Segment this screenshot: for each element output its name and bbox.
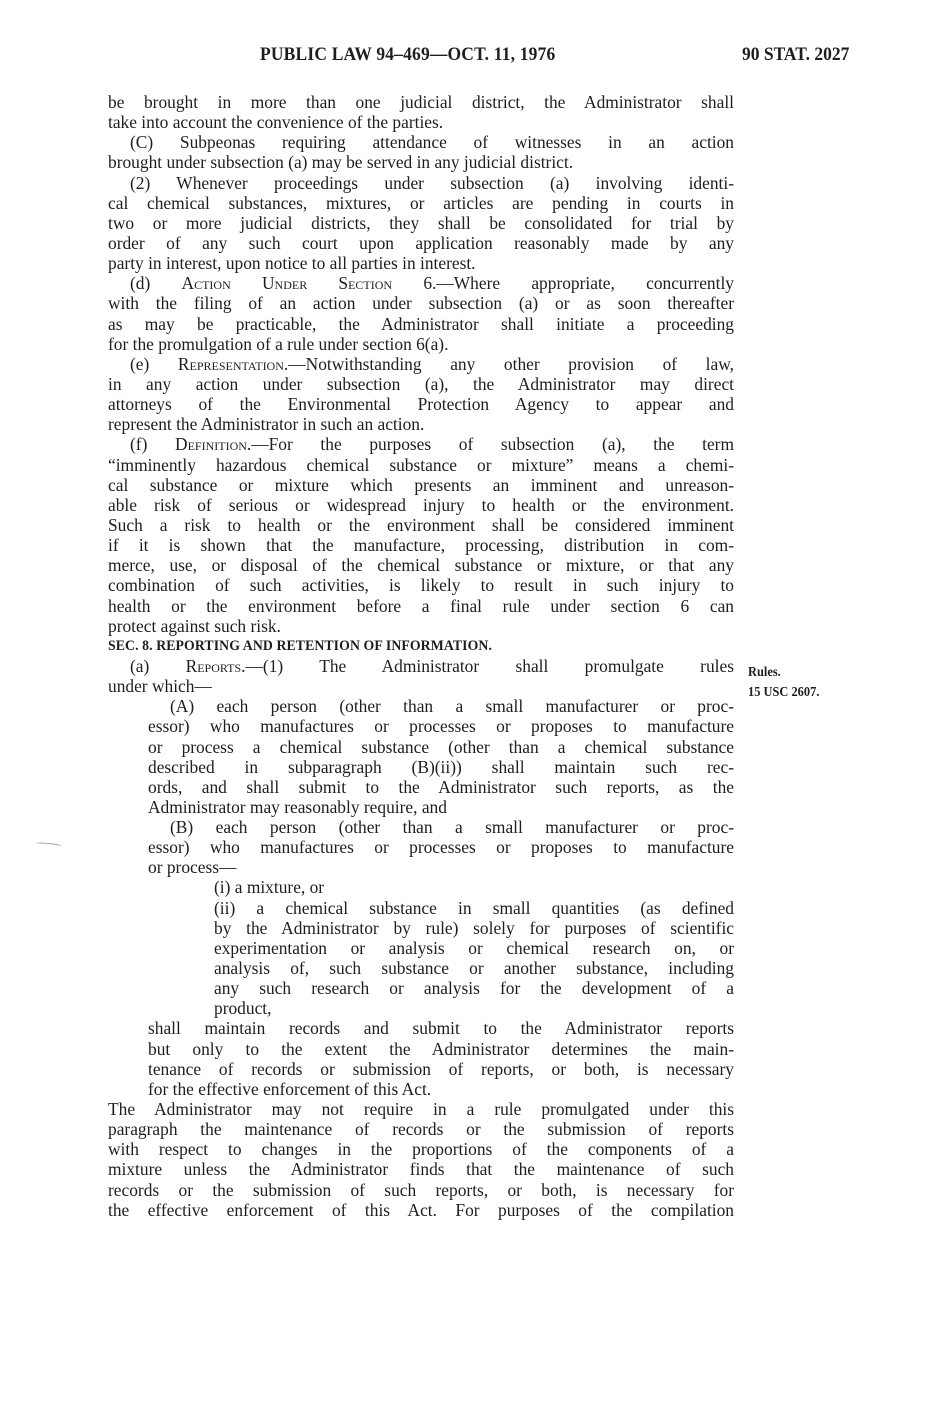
text-line: product, [108, 998, 734, 1018]
text-line: with respect to changes in the proportio… [108, 1139, 734, 1159]
document-page: PUBLIC LAW 94–469—OCT. 11, 1976 90 STAT.… [0, 0, 948, 1419]
subsection-caption: Representation. [178, 354, 288, 374]
text-line: tenance of records or submission of repo… [108, 1059, 734, 1079]
text-line: if it is shown that the manufacture, pro… [108, 535, 734, 555]
text-line: merce, use, or disposal of the chemical … [108, 555, 734, 575]
line-prefix: (f) [130, 434, 175, 454]
text-line: any such research or analysis for the de… [108, 978, 734, 998]
text-line: by the Administrator by rule) solely for… [108, 918, 734, 938]
text-line: the effective enforcement of this Act. F… [108, 1200, 734, 1220]
section-heading: SEC. 8. REPORTING AND RETENTION OF INFOR… [108, 636, 703, 656]
text-line: “imminently hazardous chemical substance… [108, 455, 734, 475]
running-title: PUBLIC LAW 94–469—OCT. 11, 1976 [260, 44, 555, 66]
text-line: as may be practicable, the Administrator… [108, 314, 734, 334]
text-line: or process— [108, 857, 734, 877]
line-rest: —Where appropriate, concurrently [436, 273, 734, 293]
text-line: under which— [108, 676, 734, 696]
text-line: cal substance or mixture which presents … [108, 475, 734, 495]
text-line: combination of such activities, is likel… [108, 575, 734, 595]
line-prefix: (a) [130, 656, 186, 676]
text-line: described in subparagraph (B)(ii)) shall… [108, 757, 734, 777]
text-line: with the filing of an action under subse… [108, 293, 734, 313]
text-line: cal chemical substances, mixtures, or ar… [108, 193, 734, 213]
text-line: attorneys of the Environmental Protectio… [108, 394, 734, 414]
text-line: protect against such risk. [108, 616, 734, 636]
text-line: mixture unless the Administrator finds t… [108, 1159, 734, 1179]
text-line: analysis of, such substance or another s… [108, 958, 734, 978]
text-line: for the effective enforcement of this Ac… [108, 1079, 734, 1099]
margin-note-rules: Rules. [748, 662, 781, 682]
text-line: (A) each person (other than a small manu… [108, 696, 734, 716]
text-line: for the promulgation of a rule under sec… [108, 334, 734, 354]
margin-note-usc-citation: 15 USC 2607. [748, 682, 819, 702]
text-line: (a) Reports.—(1) The Administrator shall… [108, 656, 734, 676]
line-rest: —For the purposes of subsection (a), the… [251, 434, 734, 454]
text-line: records or the submission of such report… [108, 1180, 734, 1200]
text-line: be brought in more than one judicial dis… [108, 92, 734, 112]
text-line: (f) Definition.—For the purposes of subs… [108, 434, 734, 454]
line-prefix: (d) [130, 273, 182, 293]
text-line: but only to the extent the Administrator… [108, 1039, 734, 1059]
text-line: or process a chemical substance (other t… [108, 737, 734, 757]
line-prefix: (e) [130, 354, 178, 374]
text-line: health or the environment before a final… [108, 596, 734, 616]
text-line: (i) a mixture, or [108, 877, 734, 897]
text-line: experimentation or analysis or chemical … [108, 938, 734, 958]
text-line: Administrator may reasonably require, an… [108, 797, 734, 817]
text-line: (C) Subpeonas requiring attendance of wi… [108, 132, 734, 152]
text-line: take into account the convenience of the… [108, 112, 734, 132]
body-text: be brought in more than one judicial dis… [108, 92, 734, 1220]
subsection-caption: Definition. [175, 434, 251, 454]
text-line: (2) Whenever proceedings under subsectio… [108, 173, 734, 193]
text-line: essor) who manufactures or processes or … [108, 716, 734, 736]
text-line: The Administrator may not require in a r… [108, 1099, 734, 1119]
text-line: in any action under subsection (a), the … [108, 374, 734, 394]
text-line: (d) Action Under Section 6.—Where approp… [108, 273, 734, 293]
text-line: able risk of serious or widespread injur… [108, 495, 734, 515]
text-line: Such a risk to health or the environment… [108, 515, 734, 535]
statute-page-number: 90 STAT. 2027 [742, 44, 849, 66]
text-line: ords, and shall submit to the Administra… [108, 777, 734, 797]
text-line: party in interest, upon notice to all pa… [108, 253, 734, 273]
text-line: (B) each person (other than a small manu… [108, 817, 734, 837]
subsection-caption: Reports. [186, 656, 246, 676]
line-rest: —(1) The Administrator shall promulgate … [246, 656, 734, 676]
text-line: essor) who manufactures or processes or … [108, 837, 734, 857]
text-line: two or more judicial districts, they sha… [108, 213, 734, 233]
text-line: represent the Administrator in such an a… [108, 414, 734, 434]
text-line: paragraph the maintenance of records or … [108, 1119, 734, 1139]
line-rest: —Notwithstanding any other provision of … [288, 354, 734, 374]
text-line: order of any such court upon application… [108, 233, 734, 253]
text-line: brought under subsection (a) may be serv… [108, 152, 734, 172]
page-header: PUBLIC LAW 94–469—OCT. 11, 1976 90 STAT.… [0, 44, 948, 74]
text-line: shall maintain records and submit to the… [108, 1018, 734, 1038]
text-line: (ii) a chemical substance in small quant… [108, 898, 734, 918]
text-line: (e) Representation.—Notwithstanding any … [108, 354, 734, 374]
subsection-caption: Action Under Section 6. [182, 273, 437, 293]
scan-artifact-mark [36, 842, 62, 849]
